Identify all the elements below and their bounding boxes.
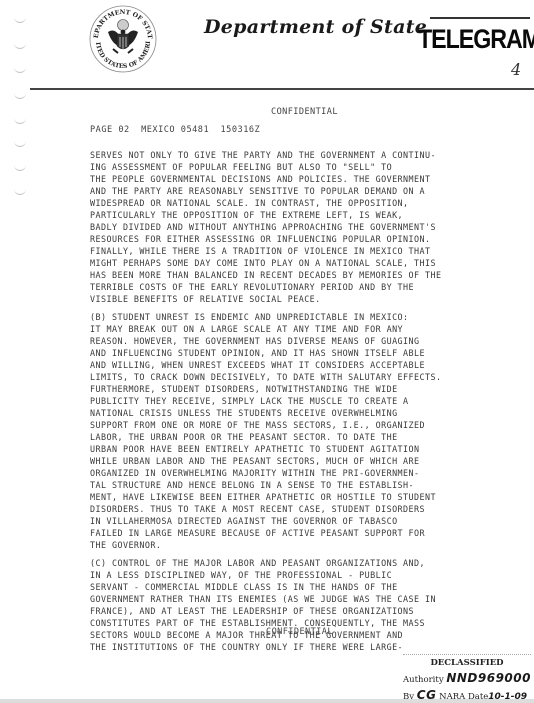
text-line: TERRIBLE COSTS OF THE EARLY REVOLUTIONAR… (90, 281, 530, 293)
text-line: FINALLY, WHILE THERE IS A TRADITION OF V… (90, 245, 530, 257)
classification-marking-top: CONFIDENTIAL (271, 107, 338, 117)
classification-marking-bottom: CONFIDENTIAL (266, 627, 333, 637)
punch-hole-mark (14, 138, 26, 147)
page-reference-line: PAGE 02 MEXICO 05481 150316Z (90, 125, 260, 135)
text-line: AND WILLING, WHEN UNREST EXCEEDS WHAT IT… (90, 359, 530, 371)
text-line: FAILED IN LARGE MEASURE BECAUSE OF ACTIV… (90, 527, 530, 539)
text-line: HAS BEEN MORE THAN BALANCED IN RECENT DE… (90, 269, 530, 281)
text-line: THE INSTITUTIONS OF THE COUNTRY ONLY IF … (90, 641, 530, 653)
authority-row: Authority NND969000 (403, 671, 531, 685)
text-line: RESOURCES FOR EITHER ASSESSING OR INFLUE… (90, 233, 530, 245)
scan-bottom-edge (0, 699, 534, 703)
text-line: LABOR, THE URBAN POOR OR THE PEASANT SEC… (90, 431, 530, 443)
authority-value: NND969000 (446, 671, 531, 685)
text-line: TAL STRUCTURE AND HENCE BELONG IN A SENS… (90, 479, 530, 491)
text-line: THE GOVERNOR. (90, 539, 530, 551)
paragraph: SERVES NOT ONLY TO GIVE THE PARTY AND TH… (90, 149, 530, 305)
text-line: FRANCE), AND AT LEAST THE LEADERSHIP OF … (90, 605, 530, 617)
text-line: AND THE PARTY ARE REASONABLY SENSITIVE T… (90, 185, 530, 197)
text-line: ING ASSESSMENT OF POPULAR FEELING BUT AL… (90, 161, 530, 173)
text-line: DISORDERS. THUS TO TAKE A MOST RECENT CA… (90, 503, 530, 515)
text-line: SERVANT - COMMERCIAL MIDDLE CLASS IS IN … (90, 581, 530, 593)
text-line: AND INFLUENCING STUDENT OPINION, AND IT … (90, 347, 530, 359)
text-line: WHILE URBAN LABOR AND THE PEASANT SECTOR… (90, 455, 530, 467)
department-title: Department of State (204, 16, 427, 38)
text-line: PUBLICITY THEY RECEIVE, SIMPLY LACK THE … (90, 395, 530, 407)
text-line: FURTHERMORE, STUDENT DISORDERS, NOTWITHS… (90, 383, 530, 395)
punch-hole-mark (14, 14, 26, 23)
text-line: URBAN POOR HAVE BEEN ENTIRELY APATHETIC … (90, 443, 530, 455)
punch-hole-mark (14, 40, 26, 49)
text-line: MENT, HAVE LIKEWISE BEEN EITHER APATHETI… (90, 491, 530, 503)
text-line: WIDESPREAD OR NATIONAL SCALE. IN CONTRAS… (90, 197, 530, 209)
stamp-border (403, 654, 531, 656)
text-line: IN A LESS DISCIPLINED WAY, OF THE PROFES… (90, 569, 530, 581)
department-of-state-seal-icon: DEPARTMENT OF STATE UNITED STATES OF AME… (88, 4, 158, 74)
text-line: REASON. HOWEVER, THE GOVERNMENT HAS DIVE… (90, 335, 530, 347)
text-line: SUPPORT FROM ONE OR MORE OF THE MASS SEC… (90, 419, 530, 431)
paragraph: (B) STUDENT UNREST IS ENDEMIC AND UNPRED… (90, 311, 530, 551)
text-line: BADLY DIVIDED AND WITHOUT ANYTHING APPRO… (90, 221, 530, 233)
authority-label: Authority (403, 675, 444, 685)
header-divider (30, 88, 534, 90)
paragraph: (C) CONTROL OF THE MAJOR LABOR AND PEASA… (90, 557, 530, 653)
text-line: PARTICULARLY THE OPPOSITION OF THE EXTRE… (90, 209, 530, 221)
text-line: (B) STUDENT UNREST IS ENDEMIC AND UNPRED… (90, 311, 530, 323)
text-line: SERVES NOT ONLY TO GIVE THE PARTY AND TH… (90, 149, 530, 161)
handwritten-page-number: 4 (511, 60, 521, 79)
punch-hole-mark (14, 64, 26, 73)
telegram-body: SERVES NOT ONLY TO GIVE THE PARTY AND TH… (90, 149, 530, 653)
punch-hole-mark (14, 162, 26, 171)
text-line: LIMITS, TO CRACK DOWN DECISIVELY, TO DAT… (90, 371, 530, 383)
text-line: VISIBLE BENEFITS OF RELATIVE SOCIAL PEAC… (90, 293, 530, 305)
text-line: IN VILLAHERMOSA DIRECTED AGAINST THE GOV… (90, 515, 530, 527)
declassification-stamp: DECLASSIFIED Authority NND969000 By CG N… (403, 654, 531, 702)
text-line: (C) CONTROL OF THE MAJOR LABOR AND PEASA… (90, 557, 530, 569)
punch-hole-mark (14, 115, 26, 124)
declassified-title: DECLASSIFIED (403, 658, 531, 668)
text-line: MIGHT PERHAPS SOME DAY COME INTO PLAY ON… (90, 257, 530, 269)
text-line: IT MAY BREAK OUT ON A LARGE SCALE AT ANY… (90, 323, 530, 335)
punch-hole-mark (14, 186, 26, 195)
text-line: NATIONAL CRISIS UNLESS THE STUDENTS RECE… (90, 407, 530, 419)
text-line: ORGANIZED IN OVERWHELMING MAJORITY WITHI… (90, 467, 530, 479)
document-type-label: TELEGRAM (418, 24, 534, 55)
text-line: GOVERNMENT RATHER THAN ITS ENEMIES (AS W… (90, 593, 530, 605)
header-bar (430, 17, 530, 19)
punch-hole-mark (14, 90, 26, 99)
text-line: THE PEOPLE GOVERNMENTAL DECISIONS AND PO… (90, 173, 530, 185)
